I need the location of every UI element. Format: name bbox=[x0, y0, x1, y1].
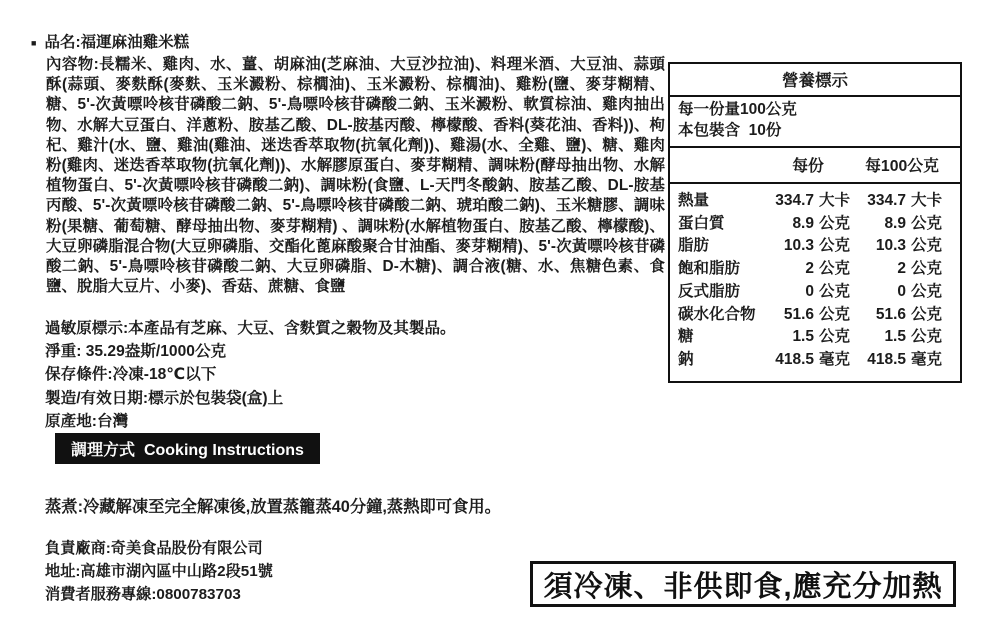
nutrient-label: 鈉 bbox=[678, 349, 762, 372]
nutrient-unit: 公克 bbox=[819, 304, 850, 327]
nutrient-value: 10.3 bbox=[854, 235, 906, 258]
nutrient-label: 熱量 bbox=[678, 190, 762, 213]
nutrient-value: 418.5 bbox=[762, 349, 814, 372]
nutrient-value: 10.3 bbox=[762, 235, 814, 258]
product-name: 品名:福運麻油雞米糕 bbox=[44, 33, 189, 53]
serving-info: 每一份量100公克本包裝含 10份 bbox=[670, 97, 960, 148]
nutrient-unit: 公克 bbox=[911, 304, 942, 327]
nutrient-label: 蛋白質 bbox=[678, 213, 762, 236]
nutrient-value: 51.6 bbox=[854, 304, 906, 327]
nutrition-row: 碳水化合物 51.6公克 51.6公克 bbox=[678, 304, 950, 327]
nutrient-unit: 公克 bbox=[819, 258, 850, 281]
nutrient-unit: 公克 bbox=[911, 213, 942, 236]
product-details-section: 過敏原標示:本產品有芝麻、大豆、含麩質之穀物及其製品。 淨重: 35.29盎斯/… bbox=[45, 317, 645, 433]
nutrition-title: 營養標示 bbox=[670, 64, 960, 97]
net-weight-text: 淨重: 35.29盎斯/1000公克 bbox=[45, 340, 645, 363]
nutrient-label: 脂肪 bbox=[678, 235, 762, 258]
nutrient-value: 2 bbox=[854, 258, 906, 281]
warning-text: 須冷凍、非供即食,應充分加熱 bbox=[543, 564, 942, 605]
nutrient-label: 碳水化合物 bbox=[678, 304, 762, 327]
nutrient-unit: 大卡 bbox=[911, 190, 942, 213]
nutrient-value: 0 bbox=[854, 281, 906, 304]
nutrient-unit: 毫克 bbox=[819, 349, 850, 372]
manufacturer-section: 負責廠商:奇美食品股份有限公司 地址:高雄市湖內區中山路2段51號 消費者服務專… bbox=[45, 537, 505, 606]
column-header-per-serving: 每份 bbox=[762, 153, 854, 176]
manufacturer-address: 地址:高雄市湖內區中山路2段51號 bbox=[45, 560, 505, 583]
cooking-header-label: 調理方式 Cooking Instructions bbox=[71, 437, 304, 460]
servings-per-pack: 本包裝含 10份 bbox=[678, 122, 781, 139]
manufacturer-company: 負責廠商:奇美食品股份有限公司 bbox=[45, 537, 505, 560]
mfg-date-text: 製造/有效日期:標示於包裝袋(盒)上 bbox=[45, 387, 645, 410]
nutrient-unit: 公克 bbox=[911, 235, 942, 258]
nutrient-unit: 公克 bbox=[819, 213, 850, 236]
nutrient-label: 飽和脂肪 bbox=[678, 258, 762, 281]
nutrient-value: 8.9 bbox=[854, 213, 906, 236]
nutrient-value: 1.5 bbox=[762, 326, 814, 349]
column-header-per-100g: 每100公克 bbox=[854, 153, 950, 176]
nutrition-row: 反式脂肪 0公克 0公克 bbox=[678, 281, 950, 304]
nutrient-value: 1.5 bbox=[854, 326, 906, 349]
nutrition-row: 熱量 334.7大卡 334.7大卡 bbox=[678, 190, 950, 213]
service-hotline: 消費者服務專線:0800783703 bbox=[45, 583, 505, 606]
nutrition-row: 飽和脂肪 2公克 2公克 bbox=[678, 258, 950, 281]
origin-text: 原產地:台灣 bbox=[45, 410, 645, 433]
nutrient-value: 334.7 bbox=[854, 190, 906, 213]
product-name-row: ■ 品名:福運麻油雞米糕 bbox=[31, 33, 665, 53]
nutrient-value: 0 bbox=[762, 281, 814, 304]
nutrient-unit: 公克 bbox=[819, 235, 850, 258]
nutrient-unit: 公克 bbox=[911, 326, 942, 349]
nutrient-unit: 毫克 bbox=[911, 349, 942, 372]
nutrition-row: 脂肪 10.3公克 10.3公克 bbox=[678, 235, 950, 258]
nutrient-unit: 大卡 bbox=[819, 190, 850, 213]
warning-box: 須冷凍、非供即食,應充分加熱 bbox=[530, 561, 956, 607]
serving-size: 每一份量100公克 bbox=[678, 101, 797, 118]
nutrient-unit: 公克 bbox=[911, 258, 942, 281]
nutrient-unit: 公克 bbox=[911, 281, 942, 304]
nutrition-column-headers: 每份 每100公克 bbox=[670, 148, 960, 184]
nutrition-row: 鈉 418.5毫克 418.5毫克 bbox=[678, 349, 950, 372]
nutrition-facts-table: 營養標示 每一份量100公克本包裝含 10份 每份 每100公克 熱量 334.… bbox=[668, 62, 962, 383]
allergen-text: 過敏原標示:本產品有芝麻、大豆、含麩質之穀物及其製品。 bbox=[45, 317, 645, 340]
nutrient-label: 糖 bbox=[678, 326, 762, 349]
steaming-instruction-text: 蒸煮:冷藏解凍至完全解凍後,放置蒸籠蒸40分鐘,蒸熱即可食用。 bbox=[45, 496, 665, 518]
nutrient-value: 8.9 bbox=[762, 213, 814, 236]
nutrient-unit: 公克 bbox=[819, 326, 850, 349]
product-info-section: ■ 品名:福運麻油雞米糕 內容物:長糯米、雞肉、水、薑、胡麻油(芝麻油、大豆沙拉… bbox=[31, 33, 665, 297]
nutrient-unit: 公克 bbox=[819, 281, 850, 304]
nutrient-value: 51.6 bbox=[762, 304, 814, 327]
nutrient-value: 334.7 bbox=[762, 190, 814, 213]
nutrient-value: 418.5 bbox=[854, 349, 906, 372]
nutrition-row: 蛋白質 8.9公克 8.9公克 bbox=[678, 213, 950, 236]
nutrient-value: 2 bbox=[762, 258, 814, 281]
nutrition-rows: 熱量 334.7大卡 334.7大卡 蛋白質 8.9公克 8.9公克 脂肪 10… bbox=[670, 184, 960, 381]
square-bullet-icon: ■ bbox=[31, 33, 36, 53]
ingredients-text: 內容物:長糯米、雞肉、水、薑、胡麻油(芝麻油、大豆沙拉油)、料理米酒、大豆油、蒜… bbox=[31, 55, 665, 297]
nutrient-label: 反式脂肪 bbox=[678, 281, 762, 304]
nutrition-row: 糖 1.5公克 1.5公克 bbox=[678, 326, 950, 349]
cooking-instructions-header: 調理方式 Cooking Instructions bbox=[55, 433, 320, 464]
storage-condition-text: 保存條件:冷凍-18℃以下 bbox=[45, 363, 645, 386]
